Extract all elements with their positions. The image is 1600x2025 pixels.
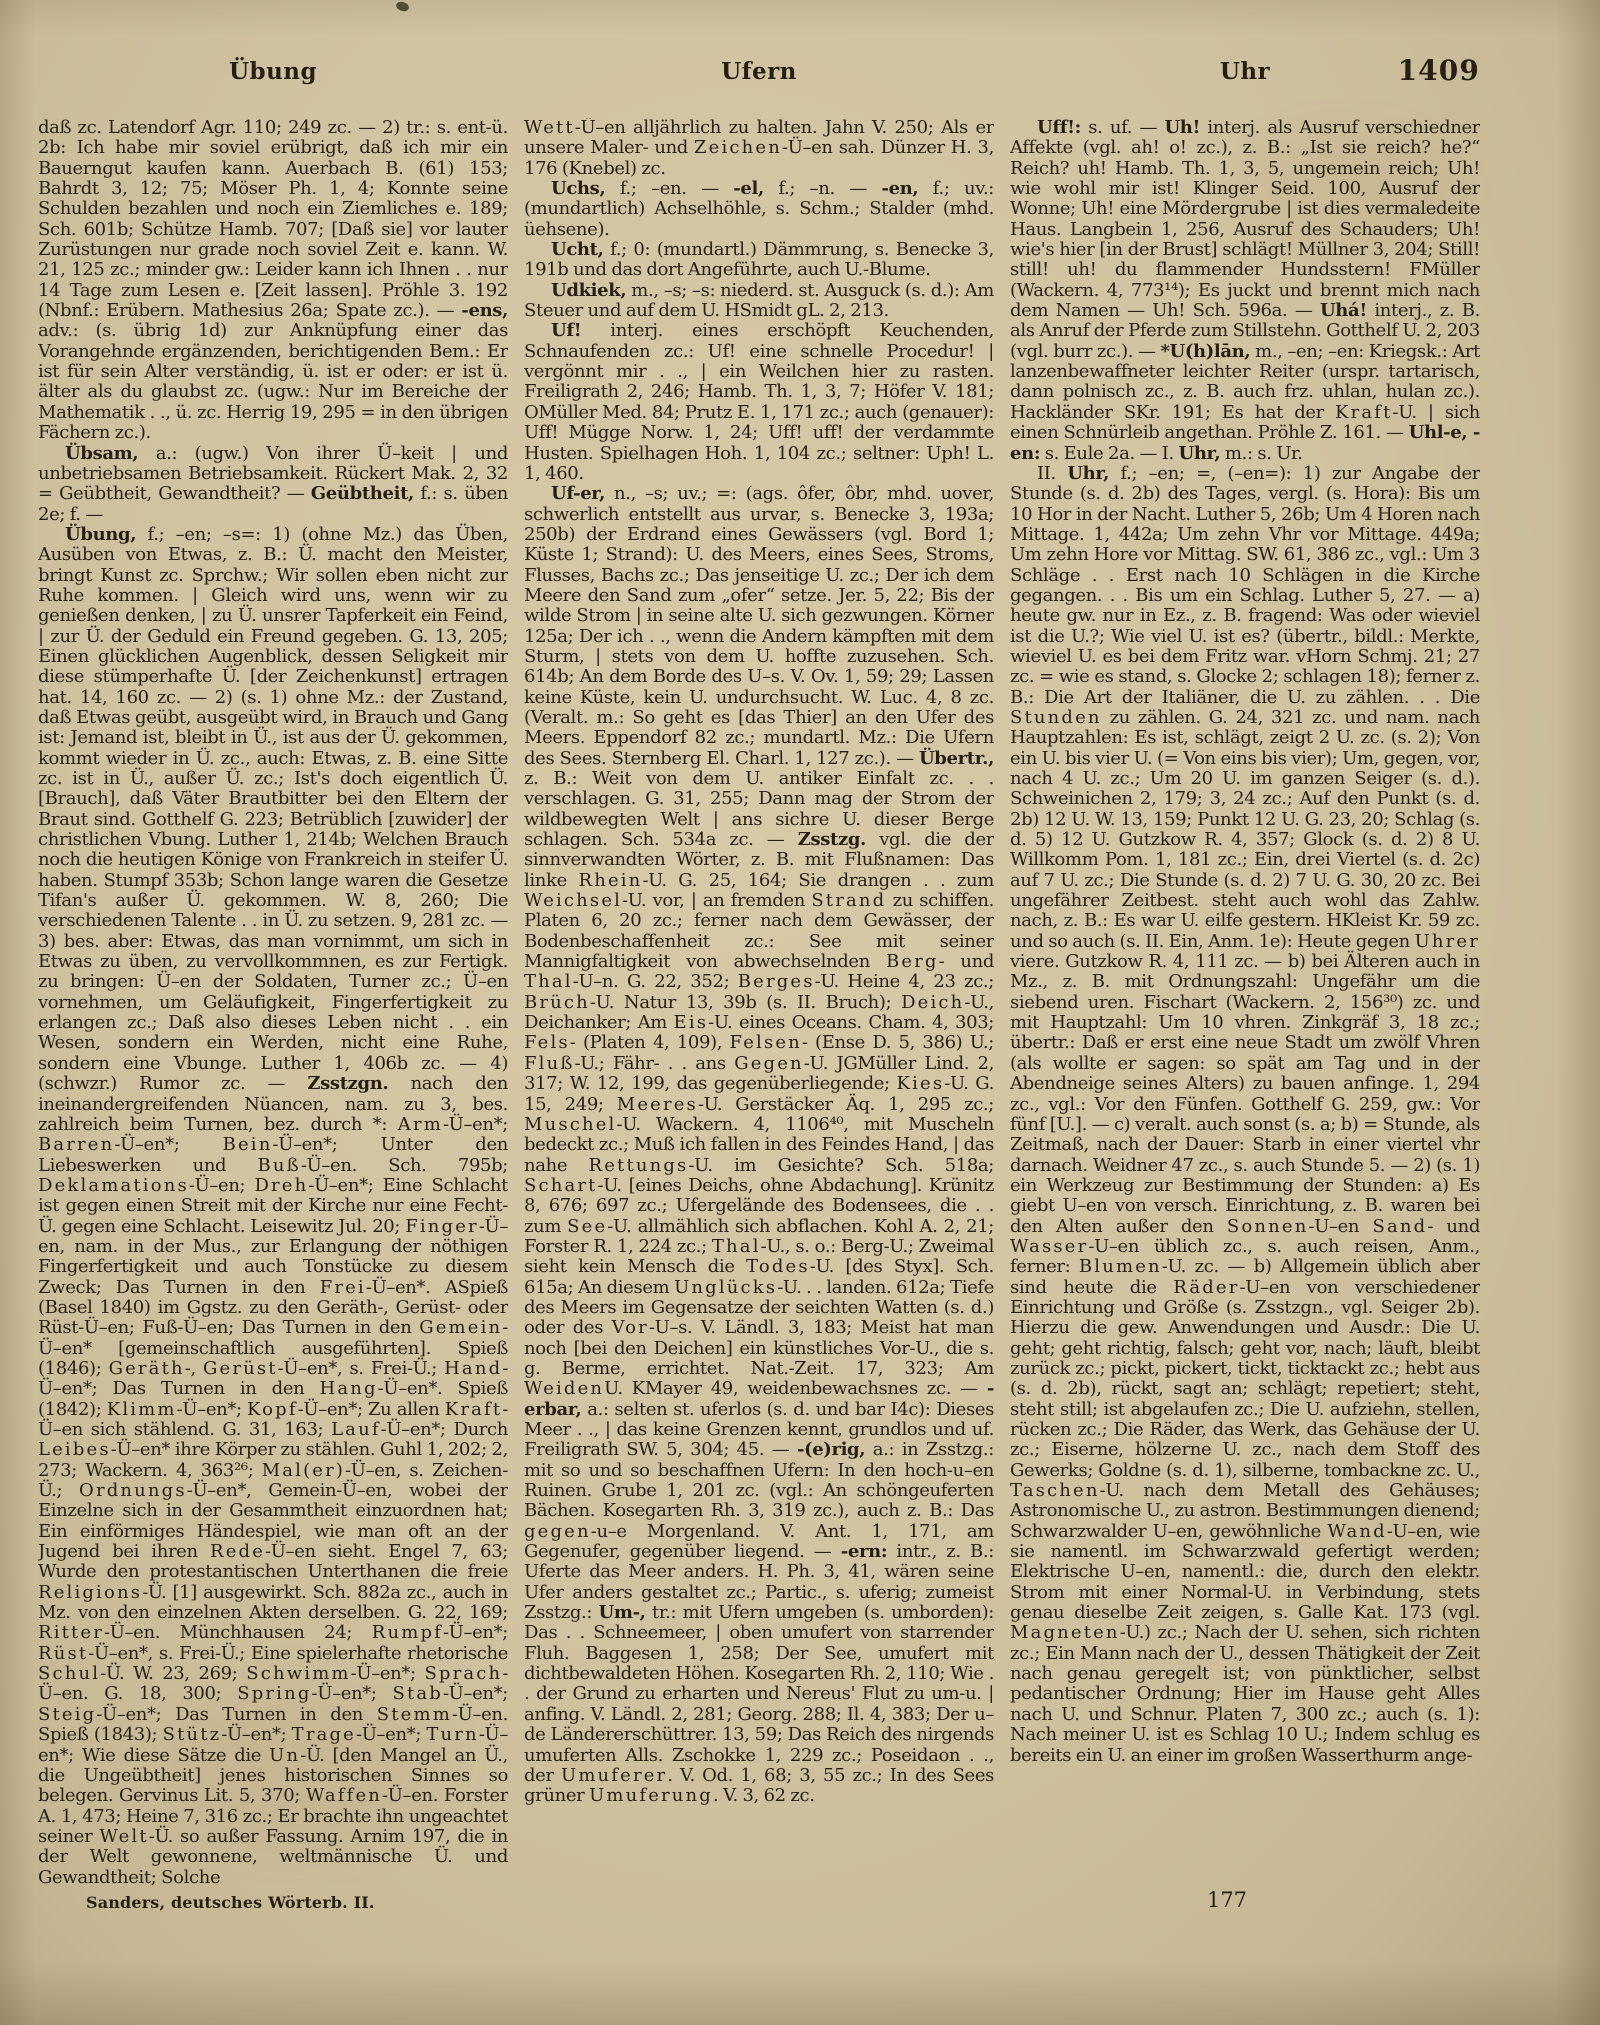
spaced-term: Finger <box>405 1216 479 1237</box>
paragraph: II. Uhr, f.; –en; =, (–en=): 1) zur Anga… <box>1010 464 1480 1766</box>
spaced-term: Religions <box>38 1582 142 1603</box>
sheet-signature-number: 177 <box>1152 1888 1302 1912</box>
paragraph: Wett-Ü–en alljährlich zu halten. Jahn V.… <box>524 118 994 179</box>
spaced-term: Rettungs <box>589 1155 689 1176</box>
headword: Übung, <box>65 524 136 545</box>
column-2: Wett-Ü–en alljährlich zu halten. Jahn V.… <box>524 118 994 1893</box>
headword: Uhr, <box>1067 463 1109 484</box>
spaced-term: Turn <box>426 1724 478 1745</box>
headword: Uf! <box>551 320 581 341</box>
spaced-term: Welt <box>99 1826 148 1847</box>
headword: Uh! <box>1164 118 1200 138</box>
spaced-term: Ordnungs <box>79 1480 187 1501</box>
headword: Uff!: <box>1037 118 1081 138</box>
spaced-term: Rumpf <box>372 1622 443 1643</box>
headword: Uhl-e, -en: <box>1010 422 1480 463</box>
spaced-term: Umuferer <box>561 1765 667 1786</box>
spaced-term: Schwimm <box>246 1663 350 1684</box>
paragraph: Ucht, f.; 0: (mundartl.) Dämmrung, s. Be… <box>524 240 994 281</box>
spaced-term: Bein <box>223 1134 273 1155</box>
spaced-term: Steig <box>38 1704 96 1725</box>
spaced-term: Dreh <box>254 1175 308 1196</box>
spaced-term: Taschen <box>1010 1480 1100 1501</box>
spaced-term: Kies <box>897 1073 945 1094</box>
spaced-term: Eis <box>674 1012 709 1033</box>
spaced-term: Arm <box>398 1114 443 1135</box>
running-head-center: Ufern <box>524 58 994 85</box>
spaced-term: Fluß <box>524 1053 575 1074</box>
ink-speck <box>395 0 410 13</box>
spaced-term: Sprach <box>424 1663 502 1684</box>
headword: Uhá! <box>1320 300 1367 321</box>
spaced-term: Kraft <box>1335 402 1392 423</box>
footer-imprint: Sanders, deutsches Wörterb. II. <box>86 1893 375 1912</box>
spaced-term: Blumen <box>1079 1256 1162 1277</box>
headword: -ern: <box>841 1541 887 1562</box>
spaced-term: Berges <box>738 971 815 992</box>
spaced-term: Kraft <box>445 1399 502 1420</box>
headword: Übertr., <box>919 748 994 769</box>
spaced-term: Stütz <box>163 1724 222 1745</box>
spaced-term: Rede <box>210 1541 265 1562</box>
headword: Udkiek, <box>551 280 626 301</box>
spaced-term: Sand <box>1373 1216 1428 1237</box>
spaced-term: Leibes <box>38 1439 111 1460</box>
headword: Uchs, <box>551 178 605 199</box>
headword: -el, <box>733 178 764 199</box>
spaced-term: Umuferung <box>589 1785 713 1806</box>
spaced-term: Rüst <box>38 1643 88 1664</box>
column-3: Uff!: s. uf. — Uh! interj. als Ausruf ve… <box>1010 118 1480 1893</box>
paragraph: daß zc. Latendorf Agr. 110; 249 zc. — 2)… <box>38 118 508 444</box>
spaced-term: Klimm <box>107 1399 177 1420</box>
headword: *U(h)lān, <box>1160 341 1250 362</box>
spaced-term: Räder <box>1173 1277 1239 1298</box>
spaced-term: Stunden <box>1010 707 1102 728</box>
spaced-term: Unglücks <box>674 1277 777 1298</box>
spaced-term: Wasser <box>1010 1236 1088 1257</box>
headword: Zsstzgn. <box>307 1073 388 1094</box>
spaced-term: Deich <box>901 992 964 1013</box>
headword: Uf-er, <box>551 483 605 504</box>
headword: Geübtheit, <box>311 483 414 504</box>
spaced-term: Wand <box>1327 1521 1386 1542</box>
spaced-term: Uhrer <box>1415 931 1480 952</box>
spaced-term: Waffen <box>306 1785 382 1806</box>
headword: Übsam, <box>65 443 138 464</box>
spaced-term: Deklamations <box>38 1175 189 1196</box>
running-head-left: Übung <box>38 58 508 85</box>
headword: -en, <box>881 178 918 199</box>
spaced-term: Magneten <box>1010 1622 1120 1643</box>
spaced-term: Thal <box>524 971 573 992</box>
spaced-term: Lauf <box>331 1419 381 1440</box>
spaced-term: Berg <box>886 951 939 972</box>
spaced-term: Todes <box>746 1256 810 1277</box>
spaced-term: Strand <box>811 890 886 911</box>
dictionary-page-scan: Übung Ufern Uhr 1409 daß zc. Latendorf A… <box>0 0 1600 2025</box>
spaced-term: Schul <box>38 1663 100 1684</box>
spaced-term: Wett <box>524 118 575 138</box>
spaced-term: Buß <box>258 1155 301 1176</box>
paragraph: Udkiek, m., –s; –s: niederd. st. Ausguck… <box>524 281 994 322</box>
headword: -ens, <box>461 300 508 321</box>
headword: Uhr, <box>1178 443 1220 464</box>
headword: -(e)rig, <box>797 1439 865 1460</box>
spaced-term: Stab <box>392 1683 442 1704</box>
spaced-term: Meeres <box>617 1094 698 1115</box>
spaced-term: Stemm <box>377 1704 452 1725</box>
spaced-term: Hand <box>444 1358 502 1379</box>
headword: Um-, <box>599 1602 646 1623</box>
spaced-term: Rhein <box>578 870 642 891</box>
spaced-term: Sonnen <box>1227 1216 1309 1237</box>
column-1: daß zc. Latendorf Agr. 110; 249 zc. — 2)… <box>38 118 508 1893</box>
spaced-term: Kopf <box>247 1399 298 1420</box>
spaced-term: Gerüst <box>203 1358 278 1379</box>
spaced-term: Weiden <box>524 1378 604 1399</box>
spaced-term: Vor <box>612 1317 649 1338</box>
spaced-term: Gegen <box>734 1053 804 1074</box>
spaced-term: Hang <box>319 1378 377 1399</box>
page-number: 1409 <box>1340 54 1480 87</box>
spaced-term: See <box>567 1216 607 1237</box>
paragraph: Übung, f.; –en; –s=: 1) (ohne Mz.) das Ü… <box>38 525 508 1888</box>
paragraph: Uff!: s. uf. — Uh! interj. als Ausruf ve… <box>1010 118 1480 464</box>
headword: Zsstzg. <box>798 829 866 850</box>
spaced-term: Brüch <box>524 992 590 1013</box>
text-columns: daß zc. Latendorf Agr. 110; 249 zc. — 2)… <box>38 118 1480 1893</box>
spaced-term: Zeichen <box>694 137 782 158</box>
spaced-term: Barren <box>38 1134 114 1155</box>
paragraph: Uf! interj. eines erschöpft Keuchenden, … <box>524 321 994 484</box>
spaced-term: gegen <box>524 1521 591 1542</box>
spaced-term: Gemein <box>419 1317 502 1338</box>
spaced-term: Felsen <box>730 1032 802 1053</box>
spaced-term: Un <box>269 1745 300 1766</box>
spaced-term: Geräth <box>109 1358 185 1379</box>
spaced-term: Frei <box>320 1277 366 1298</box>
spaced-term: Schart <box>524 1175 598 1196</box>
spaced-term: Muschel <box>524 1114 616 1135</box>
spaced-term: Spring <box>237 1683 311 1704</box>
paragraph: Uf-er, n., –s; uv.; =: (ags. ôfer, ôbr, … <box>524 484 994 1806</box>
paragraph: Übsam, a.: (ugw.) Von ihrer Ü–keit | und… <box>38 444 508 525</box>
spaced-term: Fels <box>524 1032 570 1053</box>
spaced-term: Ritter <box>38 1622 104 1643</box>
paragraph: Uchs, f.; –en. — -el, f.; –n. — -en, f.;… <box>524 179 994 240</box>
spaced-term: Mal(er) <box>262 1460 345 1481</box>
spaced-term: Trage <box>292 1724 356 1745</box>
spaced-term: Weichsel <box>524 890 622 911</box>
headword: Ucht, <box>551 239 604 260</box>
spaced-term: Thal <box>712 1236 761 1257</box>
